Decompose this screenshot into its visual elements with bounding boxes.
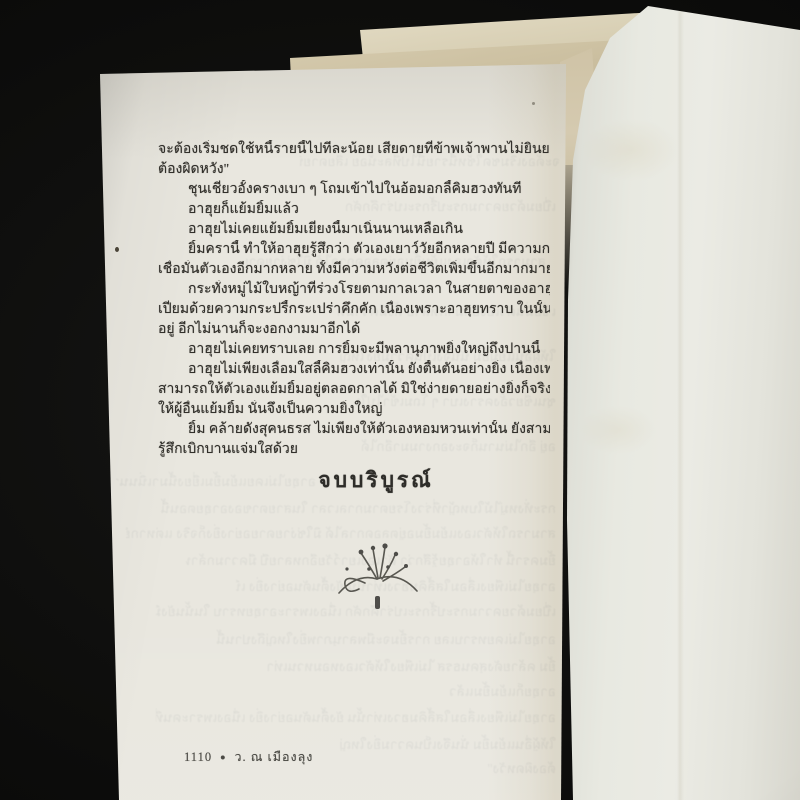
paper-speck [532,102,535,105]
body-line: อาฮุยไม่เคยทราบเลย การยิ้มจะมีพลานุภาพยิ… [158,340,550,360]
body-line: อยู่ อีกไม่นานก็จะงอกงามมาอีกได้ [158,320,550,340]
body-line: จะต้องเริ่มชดใช้หนี้รายนี้ไปทีละน้อย เสี… [158,140,550,160]
paper-speck [115,247,119,252]
page-number: 1110 [184,750,212,765]
body-line: กระทั่งหมู่ไม้ใบหญ้าที่ร่วงโรยตามกาลเวลา… [158,280,550,300]
bleed-through-text: กระทั่งหมู่ไม้ใบหญ้าที่ร่วงโรยตามกาลเวลา… [156,497,556,515]
body-text: จะต้องเริ่มชดใช้หนี้รายนี้ไปทีละน้อย เสี… [158,140,550,460]
body-line: เปี่ยมด้วยความกระปรี้กระเปร่าคึกคัก เนื่… [158,300,550,320]
body-line: อาฮุยก็แย้มยิ้มแล้ว [158,200,550,220]
body-line: ยิ้ม คล้ายดังสุคนธรส ไม่เพียงให้ตัวเองหอ… [158,420,550,440]
right-page-curled [556,0,800,800]
left-page: จะต้องเริ่มชดใช้หนี้รายนี้ไปทีละน้อย เสี… [96,56,574,800]
the-end-text: จบบริบูรณ์ [196,464,556,497]
body-line: เชื่อมั่นตัวเองอีกมากหลาย ทั้งมีความหวัง… [158,260,550,280]
body-line: ต้องผิดหวัง" [158,160,550,180]
bleed-through-text: ให้ผู้อื่นแย้มยิ้ม นั่นจึงเป็นความยิ่งให… [296,733,556,751]
bullet-separator-icon: ● [220,753,226,762]
flower-sprig-ornament-icon [325,538,430,610]
author-name: ว. ณ เมืองลุง [235,747,314,767]
bleed-through-text: ต้องผิดหวัง" [396,757,556,775]
bleed-through-text: อาฮุยก็แย้มยิ้มแล้ว [216,680,556,698]
page-footer: 1110 ● ว. ณ เมืองลุง [184,747,313,767]
body-line: ให้ผู้อื่นแย้มยิ้ม นั่นจึงเป็นความยิ่งให… [158,400,550,420]
body-line: ชุนเชี่ยวอั้งครางเบา ๆ โถมเข้าไปในอ้อมอก… [158,180,550,200]
bleed-through-text: อาฮุยไม่เคยทราบเลย การยิ้มจะมีพลานุภาพยิ… [196,628,556,646]
body-line: อาฮุยไม่เคยแย้มยิ้มเยี่ยงนี้มาเนิ่นนานเห… [158,220,550,240]
body-line: รู้สึกเบิกบานแจ่มใสด้วย [158,440,550,460]
body-line: ยิ้มครานี้ ทำให้อาฮุยรู้สึกว่า ตัวเองเยา… [158,240,550,260]
body-line: สามารถให้ตัวเองแย้มยิ้มอยู่ตลอดกาลได้ มิ… [158,380,550,400]
book-photo: จะต้องเริ่มชดใช้หนี้รายนี้ไปทีละน้อย เสี… [0,0,800,800]
bleed-through-text: อาฮุยไม่เพียงเลื่อมใสลี้คิมฮวงเท่านั้น ย… [156,706,556,724]
body-line: อาฮุยไม่เพียงเลื่อมใสลี้คิมฮวงเท่านั้น ย… [158,360,550,380]
bleed-through-text: ยิ้ม คล้ายดังสุคนธรส ไม่เพียงให้ตัวเองหอ… [266,655,556,673]
